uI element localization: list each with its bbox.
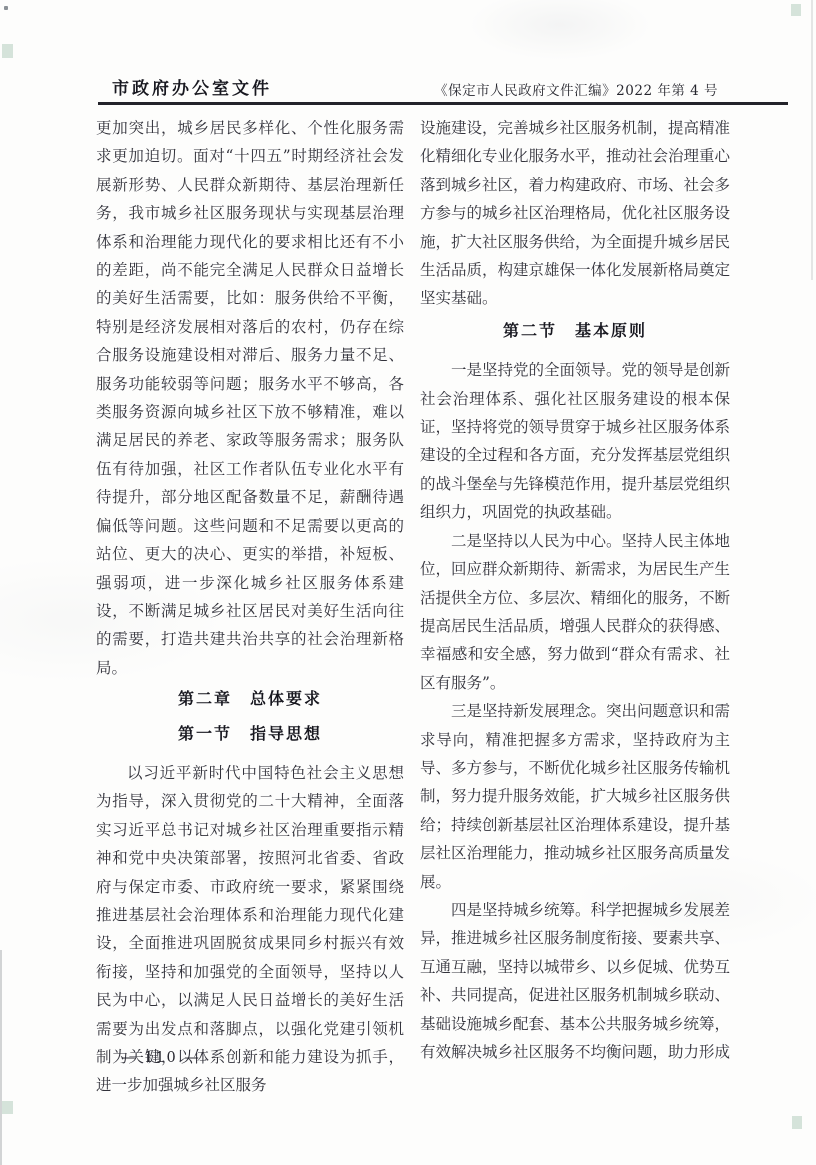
scan-speck [4,6,8,10]
paragraph-continuation: 设施建设，完善城乡社区服务机制，提高精准化精细化专业化服务水平，推动社会治理重心… [420,114,730,313]
paragraph-principle-2: 二是坚持以人民为中心。坚持人民主体地位，回应群众新期待、新需求，为居民生产生活提… [420,527,730,697]
chapter-heading: 第二章 总体要求 [96,685,404,713]
paragraph-principle-4: 四是坚持城乡统筹。科学把握城乡发展差异，推进城乡社区服务制度衔接、要素共享、互通… [420,896,730,1066]
scan-edge-right [811,0,813,280]
document-page: 市政府办公室文件 《保定市人民政府文件汇编》2022 年第 4 号 更加突出，城… [0,0,816,1165]
corner-mark-bottom-right [792,1116,802,1129]
header-left-title: 市政府办公室文件 [112,74,272,99]
paragraph-guiding-ideology: 以习近平新时代中国特色社会主义思想为指导，深入贯彻党的二十大精神，全面落实习近平… [96,759,404,1100]
header-rule [98,102,788,105]
right-column: 设施建设，完善城乡社区服务机制，提高精准化精细化专业化服务水平，推动社会治理重心… [420,114,730,1066]
corner-mark-top-left [2,44,13,58]
paragraph-principle-1: 一是坚持党的全面领导。党的领导是创新社会治理体系、强化社区服务建设的根本保证，坚… [420,356,730,526]
paragraph-principle-3: 三是坚持新发展理念。突出问题意识和需求导向，精准把握多方需求，坚持政府为主导、多… [420,697,730,896]
corner-mark-bottom-left [2,1101,13,1114]
page-number: — 110 — [121,1050,201,1066]
paragraph-continuation: 更加突出，城乡居民多样化、个性化服务需求更加迫切。面对“十四五”时期经济社会发展… [96,114,404,682]
scan-edge-left [0,950,2,1165]
header-right-title: 《保定市人民政府文件汇编》2022 年第 4 号 [434,79,718,99]
left-column: 更加突出，城乡居民多样化、个性化服务需求更加迫切。面对“十四五”时期经济社会发展… [96,114,404,1100]
section-heading-basic-principles: 第二节 基本原则 [420,317,730,345]
section-heading-guiding-ideology: 第一节 指导思想 [96,720,404,748]
corner-mark-top-right [791,4,801,16]
